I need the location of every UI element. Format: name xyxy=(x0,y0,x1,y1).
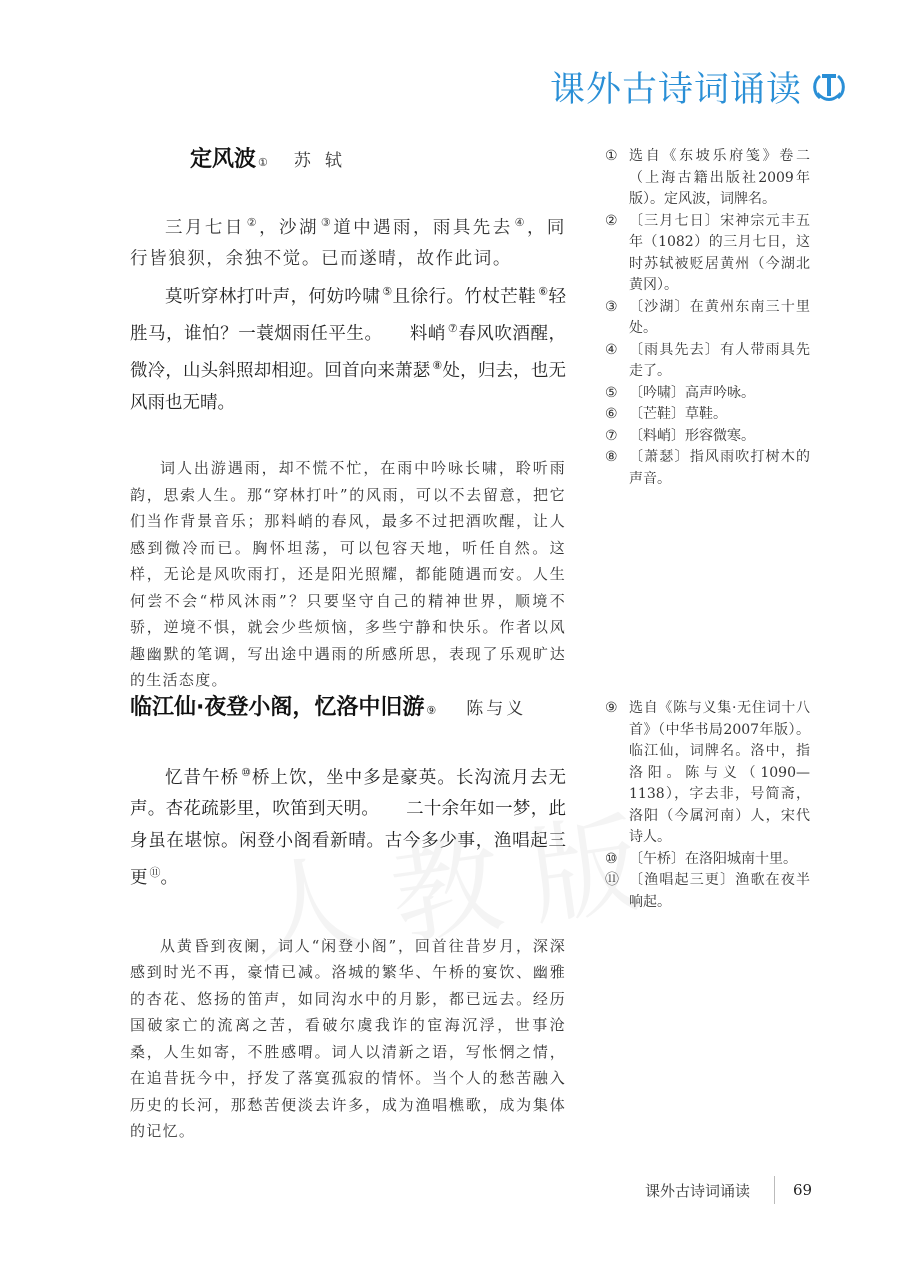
footer-divider xyxy=(774,1176,775,1204)
poem-section-linjiangxian: 临江仙·夜登小阁，忆洛中旧游 ⑨ 陈与义 忆昔午桥⑩桥上饮，坐中多是豪英。长沟流… xyxy=(130,690,566,1145)
footnotes-poem1: ①选自《东坡乐府笺》卷二（上海古籍出版社2009年版）。定风波，词牌名。 ②〔三… xyxy=(605,146,810,490)
poem-text: 三月七日②，沙湖③道中遇雨，雨具先去④，同行皆狼狈，余独不觉。已而遂晴，故作此词… xyxy=(130,207,566,419)
footnote: ⑧〔萧瑟〕指风雨吹打树木的声音。 xyxy=(605,447,810,490)
footnote: ③〔沙湖〕在黄州东南三十里处。 xyxy=(605,297,810,340)
poem-body: 莫听穿林打叶声，何妨吟啸⑤且徐行。竹杖芒鞋⑥轻胜马，谁怕？一蓑烟雨任平生。 料峭… xyxy=(130,276,566,419)
footnote: ④〔雨具先去〕有人带雨具先走了。 xyxy=(605,340,810,383)
footnote: ⑨选自《陈与义集·无住词十八首》（中华书局2007年版）。临江仙，词牌名。洛中，… xyxy=(605,698,810,849)
poem-title-row: 临江仙·夜登小阁，忆洛中旧游 ⑨ 陈与义 xyxy=(130,690,566,721)
poem-title: 临江仙·夜登小阁，忆洛中旧游 xyxy=(130,690,424,721)
poem-commentary: 词人出游遇雨，却不慌不忙，在雨中吟咏长啸，聆听雨韵，思索人生。那“穿林打叶”的风… xyxy=(130,455,566,694)
page-footer: 课外古诗词诵读 69 xyxy=(645,1176,812,1204)
footnote: ②〔三月七日〕宋神宗元丰五年（1082）的三月七日，这时苏轼被贬居黄州（今湖北黄… xyxy=(605,211,810,297)
poem-title: 定风波 xyxy=(190,142,256,173)
footer-section-title: 课外古诗词诵读 xyxy=(645,1180,750,1201)
footnotes-poem2: ⑨选自《陈与义集·无住词十八首》（中华书局2007年版）。临江仙，词牌名。洛中，… xyxy=(605,698,810,913)
section-header-title: 课外古诗词诵读 xyxy=(550,62,802,112)
poem-title-row: 定风波 ① 苏轼 xyxy=(130,142,566,173)
footnote: ⑪〔渔唱起三更〕渔歌在夜半响起。 xyxy=(605,870,810,913)
footnote-marker: ⑨ xyxy=(426,704,436,717)
poem-text: 忆昔午桥⑩桥上饮，坐中多是豪英。长沟流月去无声。杏花疏影里，吹笛到天明。 二十余… xyxy=(130,757,566,895)
poem-preface: 三月七日②，沙湖③道中遇雨，雨具先去④，同行皆狼狈，余独不觉。已而遂晴，故作此词… xyxy=(130,207,566,276)
footnote: ⑥〔芒鞋〕草鞋。 xyxy=(605,404,810,426)
poem-body: 忆昔午桥⑩桥上饮，坐中多是豪英。长沟流月去无声。杏花疏影里，吹笛到天明。 二十余… xyxy=(130,757,566,895)
footnote: ⑦〔料峭〕形容微寒。 xyxy=(605,426,810,448)
roman-numeral-one-badge-icon xyxy=(812,70,846,104)
poem-author: 陈与义 xyxy=(466,694,526,719)
page-header: 课外古诗词诵读 xyxy=(550,62,846,112)
footnote: ⑩〔午桥〕在洛阳城南十里。 xyxy=(605,849,810,871)
poem-section-dingfengbo: 定风波 ① 苏轼 三月七日②，沙湖③道中遇雨，雨具先去④，同行皆狼狈，余独不觉。… xyxy=(130,142,566,694)
page-number: 69 xyxy=(793,1181,812,1199)
footnote: ①选自《东坡乐府笺》卷二（上海古籍出版社2009年版）。定风波，词牌名。 xyxy=(605,146,810,211)
poem-author: 苏轼 xyxy=(294,146,356,171)
footnote-marker: ① xyxy=(258,156,268,169)
poem-commentary: 从黄昏到夜阑，词人“闲登小阁”，回首往昔岁月，深深感到时光不再，豪情已减。洛城的… xyxy=(130,933,566,1145)
footnote: ⑤〔吟啸〕高声吟咏。 xyxy=(605,383,810,405)
